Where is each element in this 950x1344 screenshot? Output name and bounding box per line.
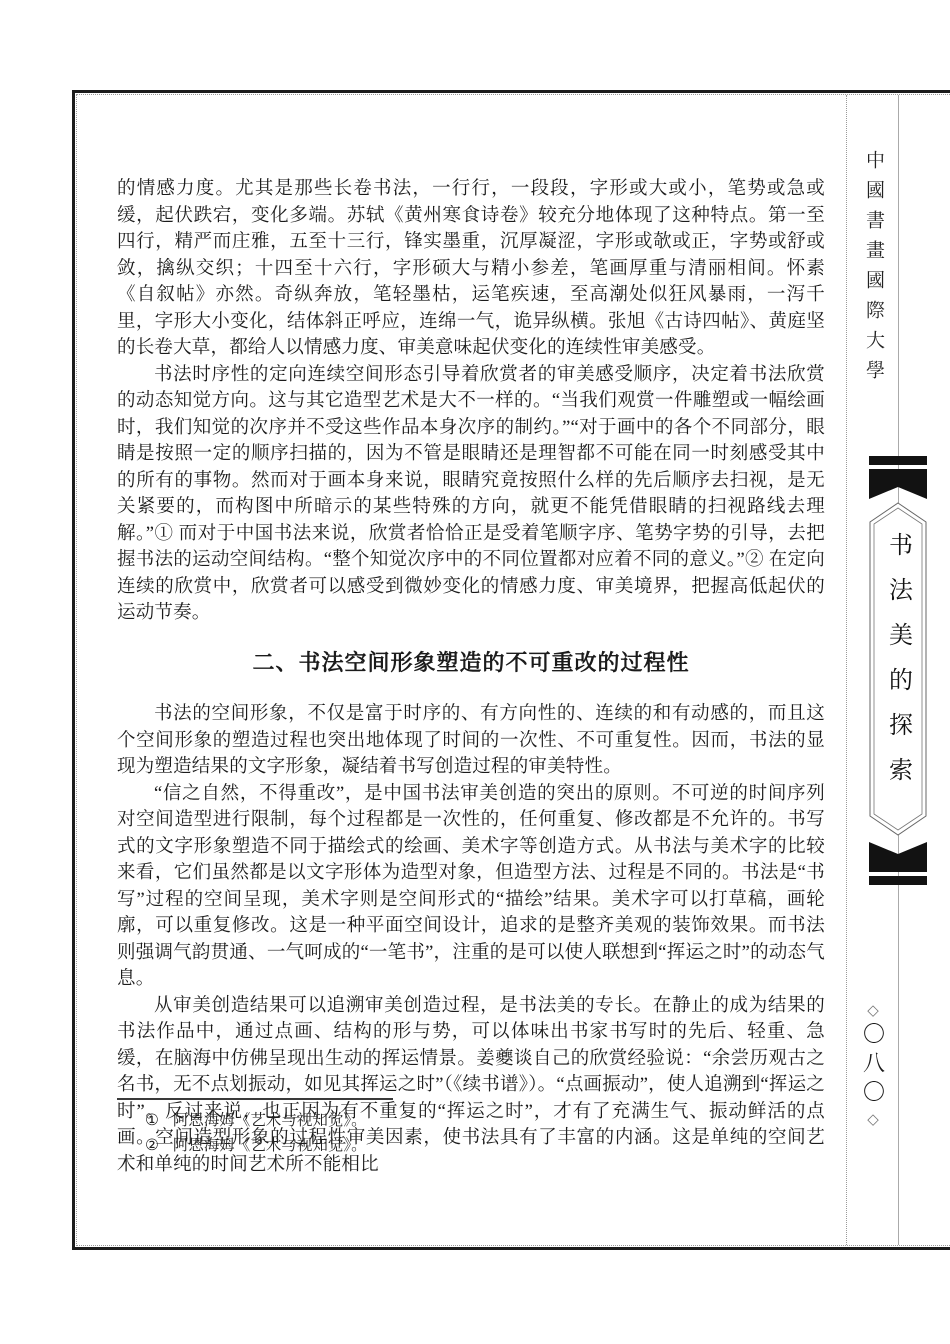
university-name-vertical: 中國書畫國際大學	[860, 150, 887, 390]
book-title-banner: 书法美的探索	[869, 456, 927, 896]
body-paragraph: 书法的空间形象，不仅是富于时序的、有方向性的、连续的和有动感的，而且这个空间形象…	[117, 701, 825, 781]
footnote-text: 阿恩海姆《艺术与视知觉》。	[173, 1108, 367, 1133]
diamond-ornament-icon: ◇	[867, 1002, 879, 1020]
diamond-ornament-icon: ◇	[867, 1111, 879, 1129]
main-text-column: 的情感力度。尤其是那些长卷书法，一行行，一段段，字形或大或小，笔势或急或缓，起伏…	[117, 176, 825, 1178]
banner-bottom-ribbon	[869, 842, 927, 872]
sidebar-divider-dotted	[846, 95, 847, 1245]
footnote-area: ① 阿恩海姆《艺术与视知觉》。 ② 阿恩海姆《艺术与视知觉》。	[117, 1098, 825, 1158]
body-paragraph: 的情感力度。尤其是那些长卷书法，一行行，一段段，字形或大或小，笔势或急或缓，起伏…	[117, 176, 825, 362]
footnote-text: 阿恩海姆《艺术与视知觉》。	[173, 1133, 367, 1158]
banner-top-bar	[869, 456, 927, 465]
body-paragraph: 书法时序性的定向连续空间形态引导着欣赏者的审美感受顺序，决定着书法欣赏的动态知觉…	[117, 362, 825, 627]
footnote-item: ① 阿恩海姆《艺术与视知觉》。	[117, 1108, 825, 1133]
footnote-separator	[117, 1098, 393, 1100]
footnote-marker: ②	[145, 1133, 159, 1158]
footnote-marker: ①	[145, 1108, 159, 1133]
book-page: { "sidebar": { "university": "中國書畫國際大學",…	[0, 0, 950, 1344]
page-number: 〇八〇	[858, 1022, 889, 1109]
page-number-column: ◇ 〇八〇 ◇	[856, 1002, 890, 1129]
section-heading: 二、书法空间形象塑造的不可重改的过程性	[117, 650, 825, 677]
banner-panel: 书法美的探索	[869, 502, 927, 836]
banner-bottom-bar	[869, 876, 927, 885]
body-paragraph: “信之自然，不得重改”，是中国书法审美创造的突出的原则。不可逆的时间序列对空间造…	[117, 781, 825, 993]
book-title-vertical: 书法美的探索	[881, 532, 916, 802]
banner-top-ribbon	[869, 469, 927, 499]
footnote-item: ② 阿恩海姆《艺术与视知觉》。	[117, 1133, 825, 1158]
